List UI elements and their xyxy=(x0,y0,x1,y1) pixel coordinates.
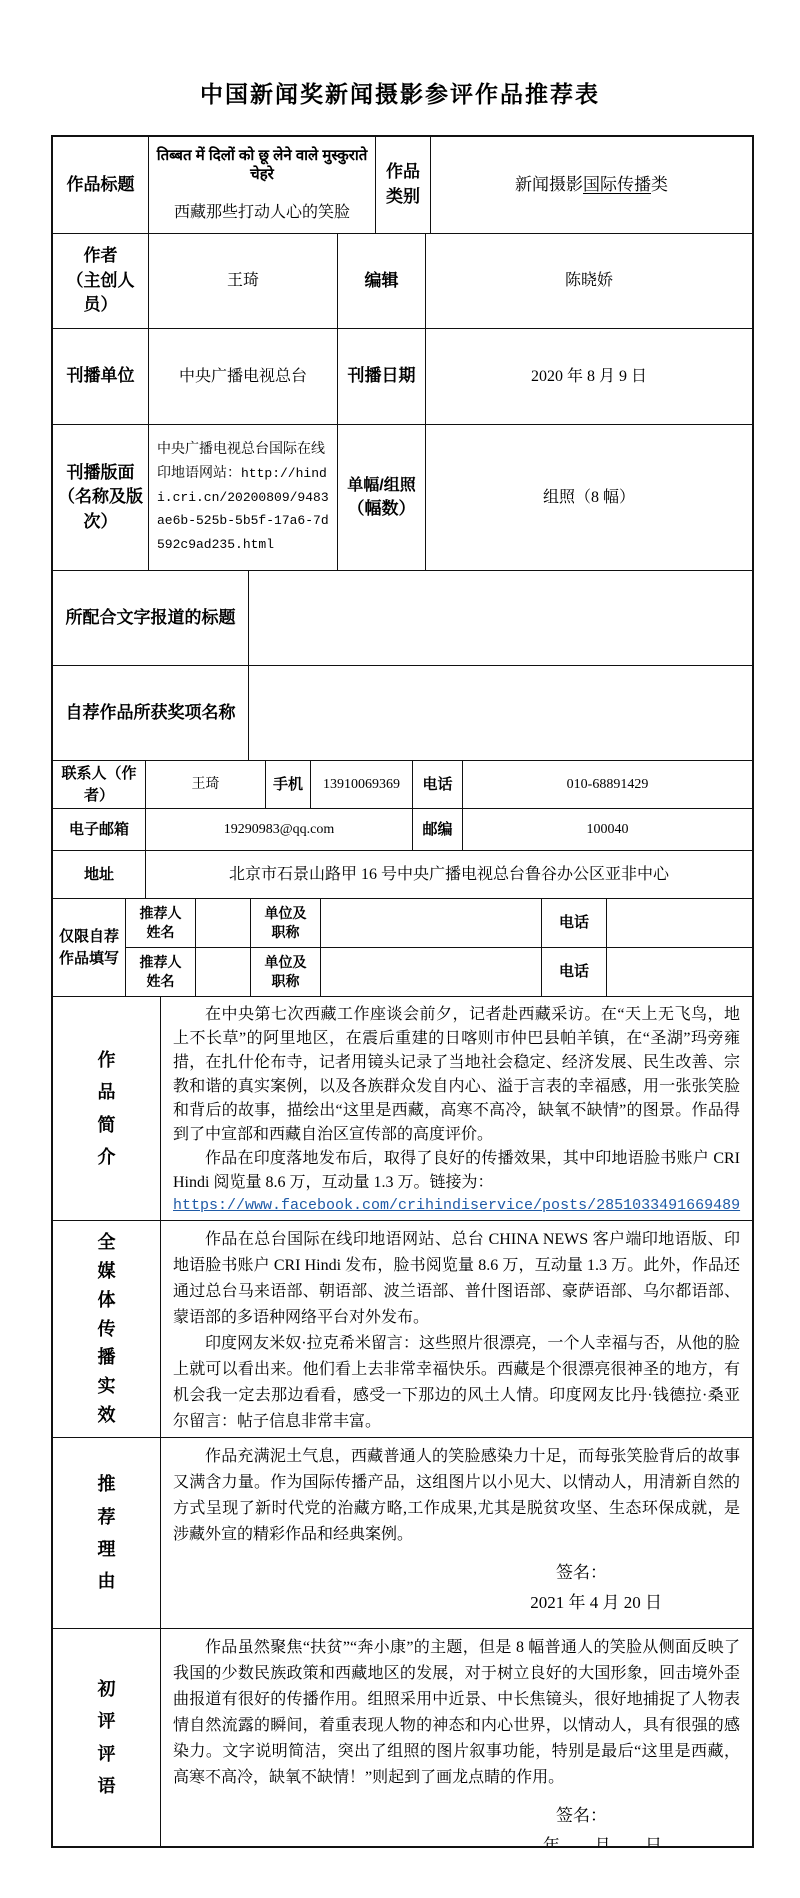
work-title-chinese: 西藏那些打动人心的笑脸 xyxy=(174,201,350,225)
contact-name: 王琦 xyxy=(192,774,220,795)
recommender-name-label: 推荐人 xyxy=(140,953,182,972)
row-work-title: 作品标题 तिब्बत में दिलों को छू लेने वाले मु… xyxy=(53,137,752,234)
publish-date-label: 刊播日期 xyxy=(348,364,416,389)
preliminary-review-paragraph: 作品虽然聚焦“扶贫”“奔小康”的主题，但是 8 幅普通人的笑脸从侧面反映了我国的… xyxy=(173,1635,740,1791)
row-text-report-title: 所配合文字报道的标题 xyxy=(53,571,752,666)
facebook-link[interactable]: https://www.facebook.com/crihindiservice… xyxy=(173,1197,740,1214)
work-summary-label: 作品简介 xyxy=(96,1044,117,1174)
preliminary-review-signature: 签名： 年 月 日 xyxy=(173,1801,740,1846)
publisher-value: 中央广播电视总台 xyxy=(179,365,307,389)
media-effect-paragraph: 作品在总台国际在线印地语网站、总台 CHINA NEWS 客户端印地语版、印地语… xyxy=(173,1227,740,1331)
photo-count-value: 组照（8 幅） xyxy=(543,486,635,510)
recommender-org-label: 单位及 xyxy=(265,904,307,923)
section-preliminary-review: 初评评语 作品虽然聚焦“扶贫”“奔小康”的主题，但是 8 幅普通人的笑脸从侧面反… xyxy=(53,1629,752,1846)
row-author: 作者 （主创人员） 王琦 编辑 陈晓娇 xyxy=(53,234,752,329)
text-report-label: 所配合文字报道的标题 xyxy=(66,606,236,631)
media-effect-label: 全媒体传播实效 xyxy=(96,1228,117,1430)
signature-label: 签名： xyxy=(173,1558,740,1588)
signature-date: 年 月 日 xyxy=(173,1831,740,1846)
category-suffix: 类 xyxy=(651,175,668,194)
section-recommendation-reason: 推荐理由 作品充满泥土气息，西藏普通人的笑脸感染力十足，而每张笑脸背后的故事又满… xyxy=(53,1438,752,1629)
row-email: 电子邮箱 19290983@qq.com 邮编 100040 xyxy=(53,809,752,851)
self-rec-label-2: 作品填写 xyxy=(59,948,119,970)
recommendation-reason-label: 推荐理由 xyxy=(96,1468,117,1598)
self-award-label: 自荐作品所获奖项名称 xyxy=(66,701,236,726)
address-label: 地址 xyxy=(84,864,114,886)
recommender-org-label: 单位及 xyxy=(265,953,307,972)
row-publisher: 刊播单位 中央广播电视总台 刊播日期 2020 年 8 月 9 日 xyxy=(53,329,752,425)
row-address: 地址 北京市石景山路甲 16 号中央广播电视总台鲁谷办公区亚非中心 xyxy=(53,851,752,899)
publish-date-value: 2020 年 8 月 9 日 xyxy=(531,365,647,389)
media-effect-paragraph: 印度网友米奴·拉克希米留言：这些照片很漂亮，一个人幸福与否，从他的脸上就可以看出… xyxy=(173,1331,740,1435)
section-media-effect: 全媒体传播实效 作品在总台国际在线印地语网站、总台 CHINA NEWS 客户端… xyxy=(53,1221,752,1438)
recommendation-reason-paragraph: 作品充满泥土气息，西藏普通人的笑脸感染力十足，而每张笑脸背后的故事又满含力量。作… xyxy=(173,1444,740,1548)
signature-label: 签名： xyxy=(173,1801,740,1831)
email-label: 电子邮箱 xyxy=(69,819,129,841)
publish-page-label-sub: （名称及版次） xyxy=(57,485,144,534)
work-summary-paragraph: 作品在印度落地发布后，取得了良好的传播效果，其中印地语脸书账户 CRI Hind… xyxy=(173,1147,740,1195)
self-rec-label: 仅限自荐 xyxy=(59,926,119,948)
work-summary-paragraph: 在中央第七次西藏工作座谈会前夕，记者赴西藏采访。在“天上无飞鸟，地上不长草”的阿… xyxy=(173,1003,740,1147)
row-self-award: 自荐作品所获奖项名称 xyxy=(53,666,752,761)
work-title-hindi: तिब्बत में दिलों को छू लेने वाले मुस्कुर… xyxy=(153,146,371,185)
signature-date: 2021 年 4 月 20 日 xyxy=(173,1588,740,1618)
editor-label: 编辑 xyxy=(365,269,399,294)
preliminary-review-label: 初评评语 xyxy=(96,1673,117,1803)
row-publish-page: 刊播版面 （名称及版次） 中央广播电视总台国际在线印地语网站：http://hi… xyxy=(53,425,752,571)
photo-count-label-sub: （幅数） xyxy=(348,497,416,522)
recommender-phone-label: 电话 xyxy=(559,962,589,982)
phone-label: 电话 xyxy=(422,774,452,796)
postcode-label: 邮编 xyxy=(422,819,452,841)
editor-value: 陈晓娇 xyxy=(565,269,613,293)
row-self-recommendation: 仅限自荐 作品填写 推荐人 姓名 单位及 职称 电话 xyxy=(53,899,752,997)
mobile-label: 手机 xyxy=(273,774,303,796)
publish-page-value: 中央广播电视总台国际在线印地语网站：http://hindi.cri.cn/20… xyxy=(157,438,329,557)
category-underlined: 国际传播 xyxy=(583,175,651,194)
email-value: 19290983@qq.com xyxy=(224,819,335,840)
category-prefix: 新闻摄影 xyxy=(515,175,583,194)
section-work-summary: 作品简介 在中央第七次西藏工作座谈会前夕，记者赴西藏采访。在“天上无飞鸟，地上不… xyxy=(53,997,752,1221)
phone-value: 010-68891429 xyxy=(567,774,649,795)
recommender-row-2: 推荐人 姓名 单位及 职称 电话 xyxy=(126,948,752,996)
work-title-label: 作品标题 xyxy=(67,173,135,198)
mobile-value: 13910069369 xyxy=(323,774,400,795)
recommender-name-label: 推荐人 xyxy=(140,904,182,923)
photo-count-label: 单幅/组照 xyxy=(347,474,415,497)
document-page: 中国新闻奖新闻摄影参评作品推荐表 作品标题 तिब्बत में दिलों क… xyxy=(0,0,800,1898)
recommender-row-1: 推荐人 姓名 单位及 职称 电话 xyxy=(126,899,752,948)
category-value: 新闻摄影国际传播类 xyxy=(515,172,668,198)
publisher-label: 刊播单位 xyxy=(67,364,135,389)
author-label-sub: （主创人员） xyxy=(57,269,144,318)
recommendation-signature: 签名： 2021 年 4 月 20 日 xyxy=(173,1558,740,1618)
author-label: 作者 xyxy=(84,244,118,269)
row-contact: 联系人（作者） 王琦 手机 13910069369 电话 010-6889142… xyxy=(53,761,752,809)
author-value: 王琦 xyxy=(227,269,259,293)
recommendation-form-table: 作品标题 तिब्बत में दिलों को छू लेने वाले मु… xyxy=(51,135,754,1848)
address-value: 北京市石景山路甲 16 号中央广播电视总台鲁谷办公区亚非中心 xyxy=(229,863,669,887)
publish-page-label: 刊播版面 xyxy=(67,461,135,486)
recommender-phone-label: 电话 xyxy=(559,913,589,933)
postcode-value: 100040 xyxy=(587,819,629,840)
page-title: 中国新闻奖新闻摄影参评作品推荐表 xyxy=(0,0,800,109)
contact-label: 联系人（作者） xyxy=(57,763,141,807)
category-label: 作品类别 xyxy=(380,160,426,209)
